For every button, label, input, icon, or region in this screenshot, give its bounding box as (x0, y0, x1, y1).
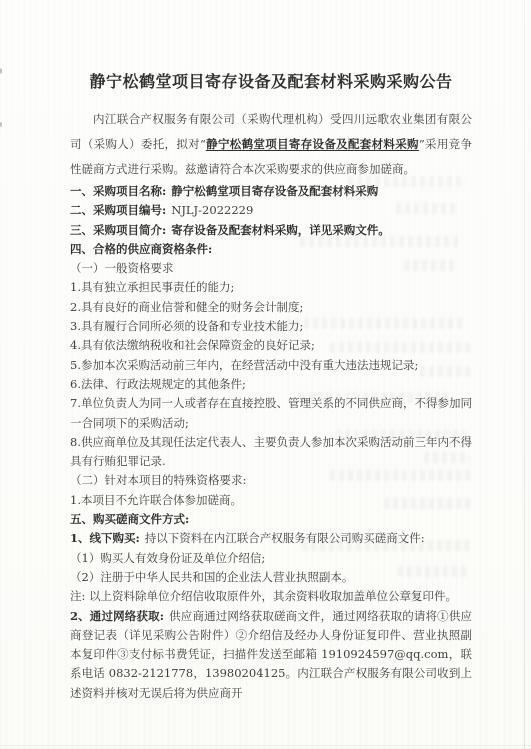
general-requirement-item: 7.单位负责人为同一人或者存在直接控股、管理关系的不同供应商，不得参加同一合同项… (70, 394, 472, 433)
section-project-number-line: 二、采购项目编号:NJLJ-2022229 (70, 201, 472, 220)
general-requirement-item: 6.法律、行政法规规定的其他条件; (70, 375, 472, 394)
project-number-value: NJLJ-2022229 (171, 203, 253, 217)
general-requirements-heading: （一）一般资格要求 (70, 259, 472, 278)
section-project-name-label: 一、采购项目名称: (70, 184, 166, 198)
scanned-document-page: 静宁松鹤堂项目寄存设备及配套材料采购采购公告 内江联合产权服务有限公司（采购代理… (0, 0, 531, 749)
scan-speck (0, 68, 2, 74)
offline-purchase-note: 注: 以上资料除单位介绍信收取原件外，其余资料收取加盖单位公章复印件。 (70, 587, 472, 606)
project-name-value: 静宁松鹤堂项目寄存设备及配套材料采购 (171, 184, 378, 198)
document-content: 静宁松鹤堂项目寄存设备及配套材料采购采购公告 内江联合产权服务有限公司（采购代理… (70, 70, 472, 703)
page-title: 静宁松鹤堂项目寄存设备及配套材料采购采购公告 (70, 70, 472, 94)
offline-doc-item: （1）购买人有效身份证及单位介绍信; (70, 549, 472, 568)
general-requirement-item: 4.具有依法缴纳税收和社会保障资金的良好记录; (70, 336, 472, 355)
special-requirement-item: 1.本项目不允许联合体参加磋商。 (70, 491, 472, 510)
section-project-brief-line: 三、采购项目简介:寄存设备及配套材料采购，详见采购文件。 (70, 221, 472, 240)
general-requirement-item: 2.具有良好的商业信誉和健全的财务会计制度; (70, 298, 472, 317)
general-requirement-item: 5.参加本次采购活动前三年内，在经营活动中没有重大违法违规记录; (70, 356, 472, 375)
offline-doc-item: （2）注册于中华人民共和国的企业法人营业执照副本。 (70, 568, 472, 587)
general-requirement-item: 1.具有独立承担民事责任的能力; (70, 278, 472, 297)
paper-right-edge (524, 0, 525, 749)
section-purchase-heading: 五、购买磋商文件方式: (70, 510, 472, 529)
online-purchase-paragraph: 2、通过网络获取:供应商通过网络获取磋商文件，通过网络获取的请将①供应商登记表（… (70, 607, 472, 703)
online-purchase-label: 2、通过网络获取: (70, 609, 164, 623)
paper-bottom-edge (0, 745, 531, 746)
offline-purchase-label: 1、线下购买: (70, 531, 140, 545)
project-brief-value: 寄存设备及配套材料采购，详见采购文件。 (171, 223, 390, 237)
scan-speck (0, 122, 2, 127)
section-project-name-line: 一、采购项目名称:静宁松鹤堂项目寄存设备及配套材料采购 (70, 182, 472, 201)
section-project-brief-label: 三、采购项目简介: (70, 223, 166, 237)
section-project-number-label: 二、采购项目编号: (70, 203, 166, 217)
special-requirements-heading: （二）针对本项目的特殊资格要求: (70, 471, 472, 490)
general-requirement-item: 3.具有履行合同所必须的设备和专业技术能力; (70, 317, 472, 336)
general-requirement-item: 8.供应商单位及其现任法定代表人、主要负责人参加本次采购活动前三年内不得具有行贿… (70, 433, 472, 472)
quoted-project-name: 静宁松鹤堂项目寄存设备及配套材料采购 (206, 137, 419, 151)
intro-paragraph: 内江联合产权服务有限公司（采购代理机构）受四川远歌农业集团有限公司（采购人）委托… (70, 107, 472, 182)
offline-purchase-text: 持以下资料在内江联合产权服务有限公司购买磋商文件: (145, 531, 425, 545)
offline-purchase-line: 1、线下购买:持以下资料在内江联合产权服务有限公司购买磋商文件: (70, 529, 472, 548)
section-qualification-heading: 四、合格的供应商资格条件: (70, 240, 472, 259)
